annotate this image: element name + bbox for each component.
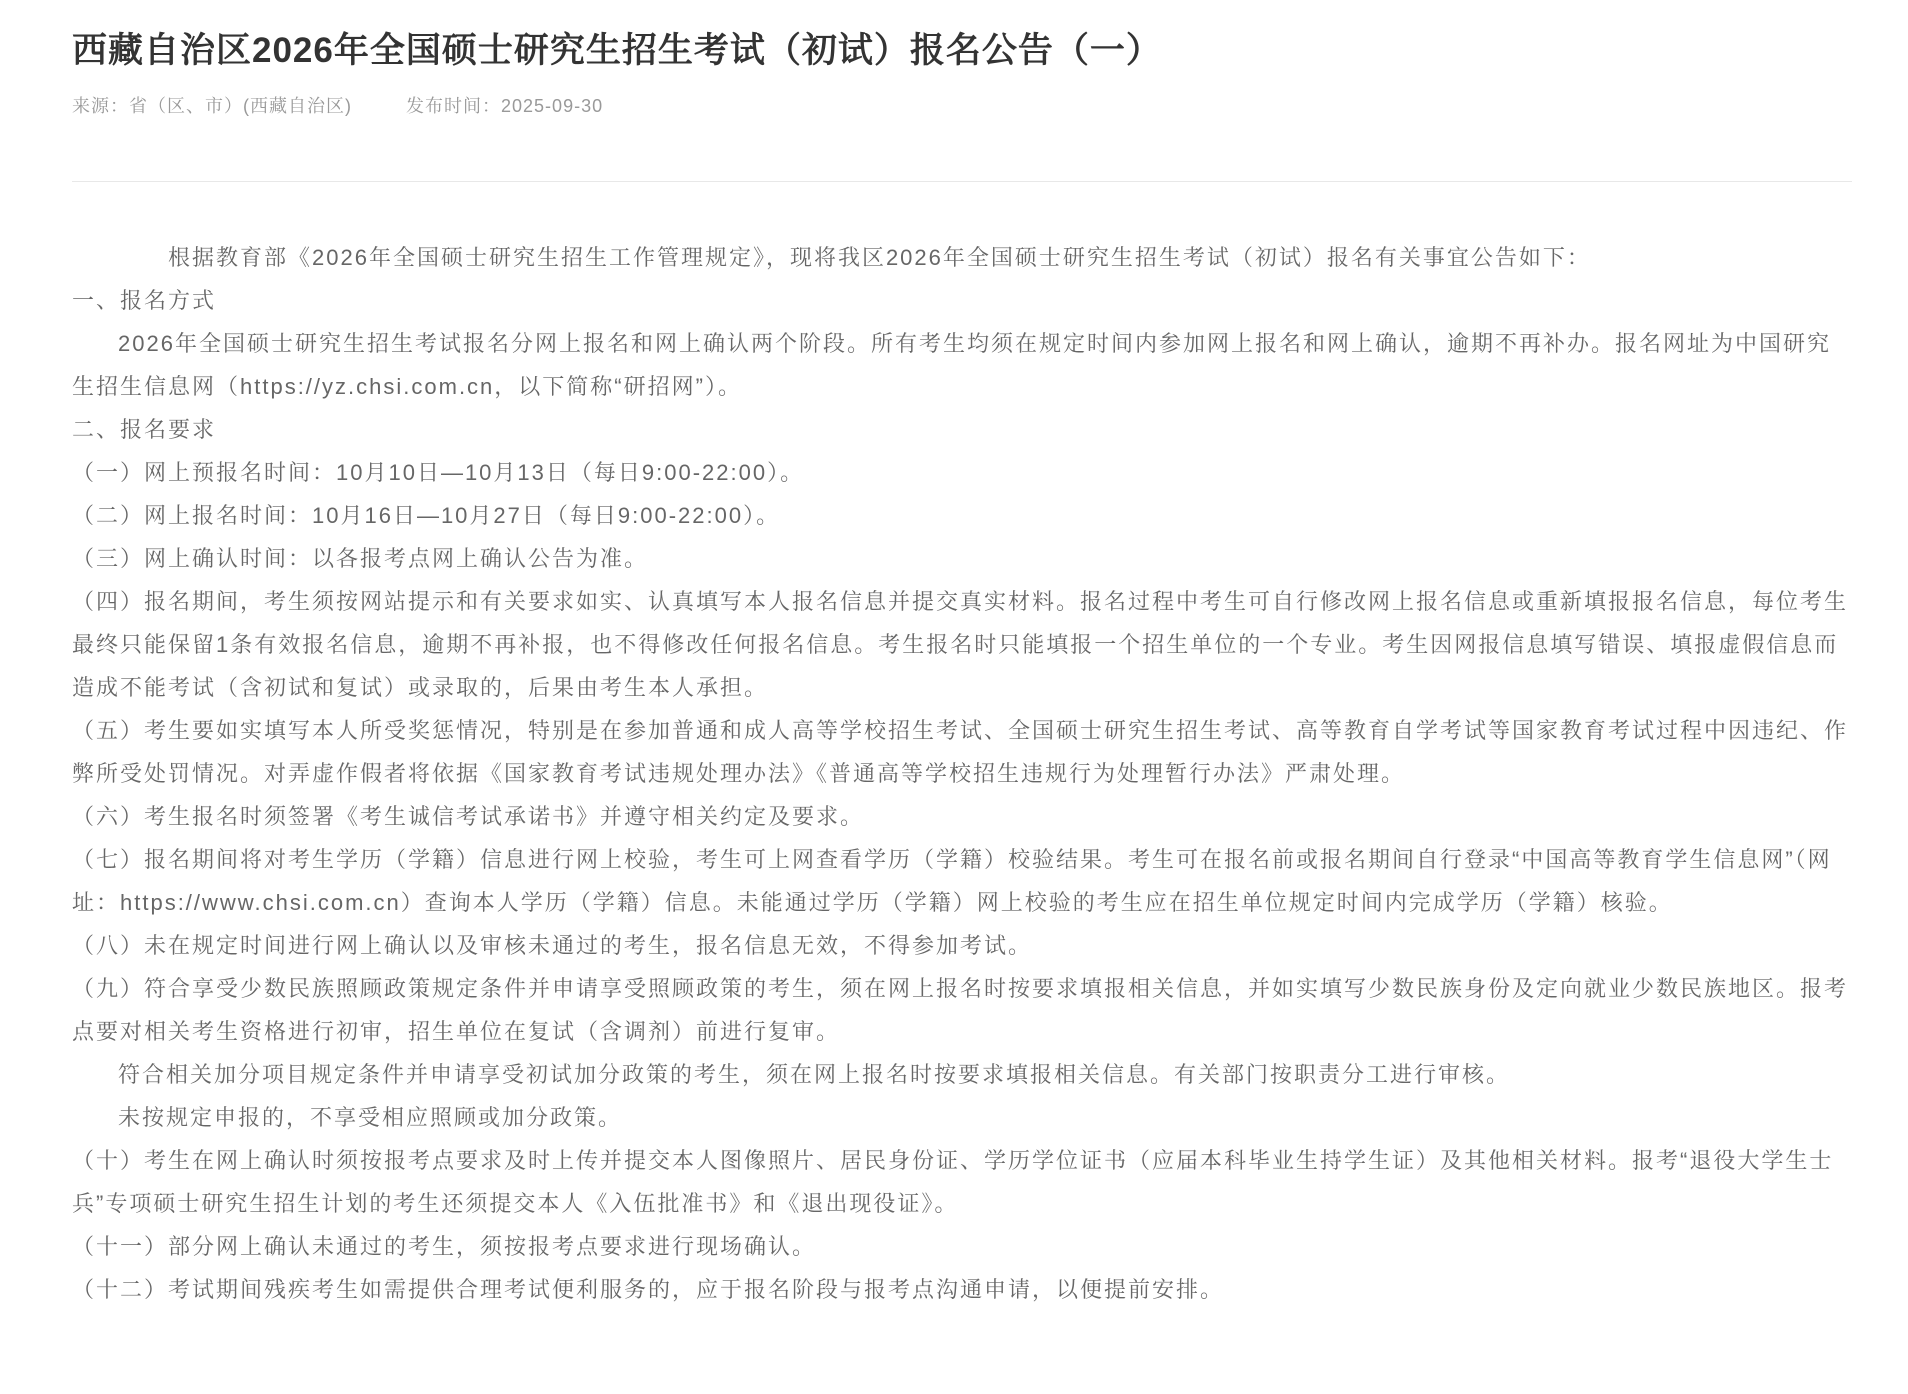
paragraph: 根据教育部《2026年全国硕士研究生招生工作管理规定》，现将我区2026年全国硕… xyxy=(72,236,1852,279)
paragraph: （四）报名期间，考生须按网站提示和有关要求如实、认真填写本人报名信息并提交真实材… xyxy=(72,580,1852,709)
paragraph: （八）未在规定时间进行网上确认以及审核未通过的考生，报名信息无效，不得参加考试。 xyxy=(72,924,1852,967)
paragraph: 二、报名要求 xyxy=(72,408,1852,451)
paragraph: （十二）考试期间残疾考生如需提供合理考试便利服务的，应于报名阶段与报考点沟通申请… xyxy=(72,1268,1852,1311)
paragraph: 一、报名方式 xyxy=(72,279,1852,322)
article-body: 根据教育部《2026年全国硕士研究生招生工作管理规定》，现将我区2026年全国硕… xyxy=(72,236,1852,1311)
paragraph: （十一）部分网上确认未通过的考生，须按报考点要求进行现场确认。 xyxy=(72,1225,1852,1268)
publish-date-label: 发布时间： xyxy=(406,96,501,116)
source-value: 省（区、市）(西藏自治区) xyxy=(129,96,352,116)
paragraph: （三）网上确认时间：以各报考点网上确认公告为准。 xyxy=(72,537,1852,580)
source-meta: 来源：省（区、市）(西藏自治区) xyxy=(72,96,352,116)
divider xyxy=(72,181,1852,182)
paragraph: （二）网上报名时间：10月16日—10月27日（每日9:00-22:00）。 xyxy=(72,494,1852,537)
paragraph: （六）考生报名时须签署《考生诚信考试承诺书》并遵守相关约定及要求。 xyxy=(72,795,1852,838)
publish-date-value: 2025-09-30 xyxy=(501,96,603,116)
paragraph: （七）报名期间将对考生学历（学籍）信息进行网上校验，考生可上网查看学历（学籍）校… xyxy=(72,838,1852,924)
article-meta: 来源：省（区、市）(西藏自治区) 发布时间：2025-09-30 xyxy=(72,93,1852,119)
paragraph: 2026年全国硕士研究生招生考试报名分网上报名和网上确认两个阶段。所有考生均须在… xyxy=(72,322,1852,408)
publish-meta: 发布时间：2025-09-30 xyxy=(406,96,603,116)
source-label: 来源： xyxy=(72,96,129,116)
paragraph: 未按规定申报的，不享受相应照顾或加分政策。 xyxy=(72,1096,1852,1139)
announcement-article: 西藏自治区2026年全国硕士研究生招生考试（初试）报名公告（一） 来源：省（区、… xyxy=(0,0,1908,1311)
page-title: 西藏自治区2026年全国硕士研究生招生考试（初试）报名公告（一） xyxy=(72,26,1852,75)
paragraph: （九）符合享受少数民族照顾政策规定条件并申请享受照顾政策的考生，须在网上报名时按… xyxy=(72,967,1852,1053)
paragraph: （一）网上预报名时间：10月10日—10月13日（每日9:00-22:00）。 xyxy=(72,451,1852,494)
paragraph: （五）考生要如实填写本人所受奖惩情况，特别是在参加普通和成人高等学校招生考试、全… xyxy=(72,709,1852,795)
paragraph: （十）考生在网上确认时须按报考点要求及时上传并提交本人图像照片、居民身份证、学历… xyxy=(72,1139,1852,1225)
paragraph: 符合相关加分项目规定条件并申请享受初试加分政策的考生，须在网上报名时按要求填报相… xyxy=(72,1053,1852,1096)
